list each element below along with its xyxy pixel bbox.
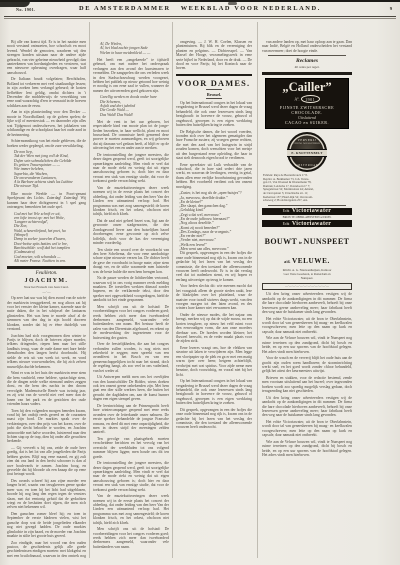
paragraph: Wie aan de Veluwe bouwen wil, vindt te N… <box>262 336 352 354</box>
column-divider-rule <box>172 22 173 558</box>
seal-arc-text: CHEM. WASSCHERIJ <box>289 142 325 145</box>
page-number: 9 <box>390 6 392 11</box>
cailler-year-row: Aº. 1901 <box>266 95 348 103</box>
paragraph: Het echte Victoriawater, uit de bron te … <box>262 317 352 335</box>
depot-address-list: Fabriek: Ruys de Beerenbrouck Cª 8.Depôt… <box>263 174 351 203</box>
column-2-body: Met de vent in het uur geboren, het resp… <box>93 120 169 549</box>
paragraph: Over de feestelijkheden, die aan het con… <box>93 342 169 373</box>
masthead-title-right: WEEKBLAD VOOR NEDERLAND. <box>181 5 321 12</box>
victoriawater-echt: Echt <box>283 209 290 213</box>
paragraph: Toen hij den volgenden morgen beneden kw… <box>7 409 86 444</box>
verse-block: God met het Vele schrift er uit,een loft… <box>7 212 86 264</box>
paragraph: De tentoonstelling der jongere meesters,… <box>93 461 169 492</box>
victoriawater-echt: Echt <box>283 222 290 226</box>
paragraph: Brieven en stukken, voor de redactie bes… <box>262 376 352 394</box>
paragraph: Onder de nieuwe modes, die het najaar on… <box>176 313 252 344</box>
paragraph: De leesinrichting aan de Prinsengracht h… <box>93 404 169 435</box>
cailler-line: CACAO en SUIKER. <box>266 120 348 125</box>
nunspeet-subline: a/d.VELUWE. <box>262 250 352 268</box>
feuilleton-ornament: —·— <box>7 290 86 294</box>
column-1: Bij alle van komst tijd. Er is in het na… <box>7 40 86 558</box>
paragraph: Voor de wasch en de ververij blijft het … <box>262 356 352 374</box>
dialogue-block: „Zuster, is het nog als de „apen-huisjes… <box>176 191 252 251</box>
paragraph: Na de pauze werden de lichtbeelden verto… <box>93 276 169 302</box>
paragraph: Dat de zaal niet geheel bezet was, ligt … <box>93 219 169 245</box>
column-divider-rule <box>257 22 258 558</box>
paragraph: Dit gesprek, opgevangen in een der hofje… <box>176 408 252 430</box>
paragraph: Met de vent in het uur geboren, het resp… <box>93 120 169 151</box>
verse-line: Die nieuwe Tijd. <box>7 184 86 188</box>
victoriawater-name: Victoriawater <box>292 221 331 227</box>
victoriawater-name: Victoriawater <box>292 208 331 214</box>
paragraph: Men schrijft ons uit de hofstad: De voor… <box>93 527 169 549</box>
paragraph: Voor heden slechts dit: wie meenen mocht… <box>176 284 252 310</box>
paragraph: Zoo eindigde, naar het woord van den oud… <box>7 541 86 558</box>
column-4-advertisements: van andere landen op, met haar oploop aa… <box>262 40 352 558</box>
nunspeet-word: NUNSPEET <box>304 237 350 246</box>
scan-top-edge <box>0 0 400 2</box>
paragraph: Van de muziekuitvoeringen dezer week noe… <box>93 186 169 217</box>
paragraph: Uit den kring onzer adverteerders vestig… <box>262 396 352 418</box>
note-line: Nunspeet. <box>262 277 352 281</box>
masthead: No. 1901. DE AMSTERDAMMERWEEKBLAD VOOR N… <box>0 5 400 16</box>
boxed-divider: —·—·—·—·—·—·—·—·—·—·—·— <box>262 283 352 290</box>
paragraph: Schiermonnikoog van het einde gebleven, … <box>7 139 86 148</box>
victoriawater-bar-2: EchtVictoriawater <box>262 220 352 227</box>
column-2: Al, De Wielen,Al, het blad zachte jongen… <box>93 40 169 558</box>
nunspeet-headline: BOUWTteNUNSPEET <box>262 231 352 249</box>
ornament-rule <box>206 89 222 90</box>
feuilleton-label: Feuilleton. <box>7 271 86 276</box>
victoriawater-origin: BRON TE OBERLAHNSTEIN a/d RIJN. <box>262 216 352 220</box>
paragraph: Joachim had zich voorgenomen dien winter… <box>7 334 86 369</box>
masthead-title-left: DE AMSTERDAMMER <box>79 5 171 12</box>
verse-line: Wielen in haar meidenkleid — — <box>93 51 169 55</box>
paragraph: Eene lezeres vraagt ons, hoe de vlekken … <box>176 346 252 377</box>
paragraph: van andere landen op, met haar oploop aa… <box>262 40 352 53</box>
paragraph: Eene spreekster uit Luik verhaalde van d… <box>176 163 252 189</box>
paragraph: Men schrijft ons uit de hofstad: De voor… <box>93 305 169 340</box>
column-4-body: Uit den kring onzer adverteerders vestig… <box>262 292 352 457</box>
verse-block: De non liep,Tak der Wien met jong voll d… <box>7 150 86 189</box>
masthead-rule <box>4 16 396 17</box>
nunspeet-note: Inlicht. A. G. Nieuwenhuijsen, Kantoorvo… <box>262 269 352 280</box>
seal-city-text: AMSTERDAM <box>289 164 325 167</box>
column-3-top: omgeving. — J. W. H. Coelen, Klassen en … <box>176 40 252 71</box>
verse-block: Al, De Wielen,Al, het blad zachte jongen… <box>93 42 169 55</box>
paragraph: Op zeer laat uur was hij dien avond van … <box>7 296 86 331</box>
voor-dames-body: Op het Internationaal congres in het lok… <box>176 101 252 189</box>
nunspeet-prefix: a/d. <box>284 259 290 264</box>
victoriawater-bar-1: EchtVictoriawater <box>262 208 352 215</box>
masthead-title: DE AMSTERDAMMERWEEKBLAD VOOR NEDERLAND. <box>0 5 400 12</box>
section-divider-bar <box>176 74 252 77</box>
verse-line: Das Wald! Das Wald! <box>93 113 169 117</box>
paragraph: Elke mooie Weelde — in Poort-genant Spre… <box>7 192 86 210</box>
paragraph: Van de muziekuitvoeringen dezer week noe… <box>93 494 169 525</box>
paragraph: Uit den kring onzer adverteerders vestig… <box>262 292 352 314</box>
masthead-rule-thin <box>4 18 396 19</box>
voor-dames-heading: VOOR DAMES. <box>176 79 252 88</box>
column-4-top: van andere landen op, met haar oploop aa… <box>262 40 352 53</box>
paragraph: Wie aan de Veluwe bouwen wil, vindt te N… <box>262 440 352 458</box>
paragraph: Des avonds schreef hij aan zijne moeder … <box>7 479 86 510</box>
column-1-top: Bij alle van komst tijd. Er is in het na… <box>7 40 86 148</box>
cailler-year-badge: 1901 <box>301 95 320 103</box>
depot-line: scheweg 2; Hoofddorpplein 257, enz. <box>263 199 351 203</box>
ornament-rule <box>206 98 222 99</box>
feuilleton-body: Op zeer laat uur was hij dien avond van … <box>7 296 86 558</box>
verse-line: Alk meter Franse. Nachten in een. <box>7 259 86 263</box>
newspaper-page: No. 1901. DE AMSTERDAMMERWEEKBLAD VOOR N… <box>0 0 400 565</box>
paragraph: omgeving. — J. W. H. Coelen, Klassen en … <box>176 40 252 71</box>
cailler-advertisement: „Cailler” Aº. 1901 FIJNSTE ZWITSERSCHE C… <box>265 78 349 130</box>
paragraph: Den ganschen zomer bleef hij; en toen in… <box>7 512 86 538</box>
verse-block: Gezellig werden en doods onder hareDie S… <box>93 95 169 116</box>
paragraph: Het echte Victoriawater, uit de bron te … <box>262 420 352 438</box>
seal-name-band: E. KNOTTENBELT <box>287 149 327 157</box>
paragraph: De tentoonstelling der jongere meesters,… <box>93 153 169 184</box>
feuilleton-title: JOACHYM. <box>7 278 86 284</box>
cailler-brand: „Cailler” <box>266 81 348 94</box>
dateline-brussel: Brussel. <box>176 92 252 97</box>
voor-dames-body-2: Dit gesprek, opgevangen in een der hofje… <box>176 251 252 429</box>
reclames-label: Reclames <box>262 58 352 64</box>
column-3: omgeving. — J. W. H. Coelen, Klassen en … <box>176 40 252 558</box>
paragraph: Want er was in het huis der markiezin ee… <box>7 371 86 406</box>
paragraph: De Italiaan houdt volgelaten; Berchthole… <box>7 77 86 108</box>
paragraph: De Belgische dames, die het woord voerde… <box>176 130 252 161</box>
paragraph: Uit Antwerpen meldt men ons het overlijd… <box>93 375 169 401</box>
cailler-anno: Aº. <box>294 97 299 102</box>
nunspeet-word: BOUWT <box>265 237 298 246</box>
paragraph: Op het Internationaal congres in het lok… <box>176 379 252 405</box>
paragraph: Ten slotte een woord over de voordracht … <box>93 248 169 274</box>
paragraph: Het heeft een „omgekeerde” te tijdstelf … <box>93 58 169 93</box>
nunspeet-word-small: te <box>299 240 302 245</box>
feuilleton-subtitle: Naar het Fransch van Jean Carol. <box>7 285 86 289</box>
paragraph: Dit gesprek, opgevangen in een der hofje… <box>176 251 252 282</box>
paragraph: Ten gevolge van plaatsgebrek moeten vers… <box>93 437 169 459</box>
reclames-bar <box>262 72 352 75</box>
paragraph: — Gij verveelt u bij ons, zeide de oude … <box>7 446 86 477</box>
reclames-price: 40 cents per regel. <box>262 65 352 69</box>
paragraph: Aan in zijn plaatsvinding voor den Decke… <box>7 110 86 136</box>
section-divider-bar <box>7 266 86 269</box>
paragraph: Bij alle van komst tijd. Er is in het na… <box>7 40 86 75</box>
knottenbelt-seal: VERVERIJ CHEM. WASSCHERIJ E. KNOTTENBELT… <box>287 132 327 172</box>
nunspeet-word: VELUWE. <box>292 257 330 265</box>
column-divider-rule <box>89 22 90 558</box>
paragraph: Op het Internationaal congres in het lok… <box>176 101 252 127</box>
thin-rule <box>268 205 346 206</box>
thin-rule <box>268 55 346 56</box>
